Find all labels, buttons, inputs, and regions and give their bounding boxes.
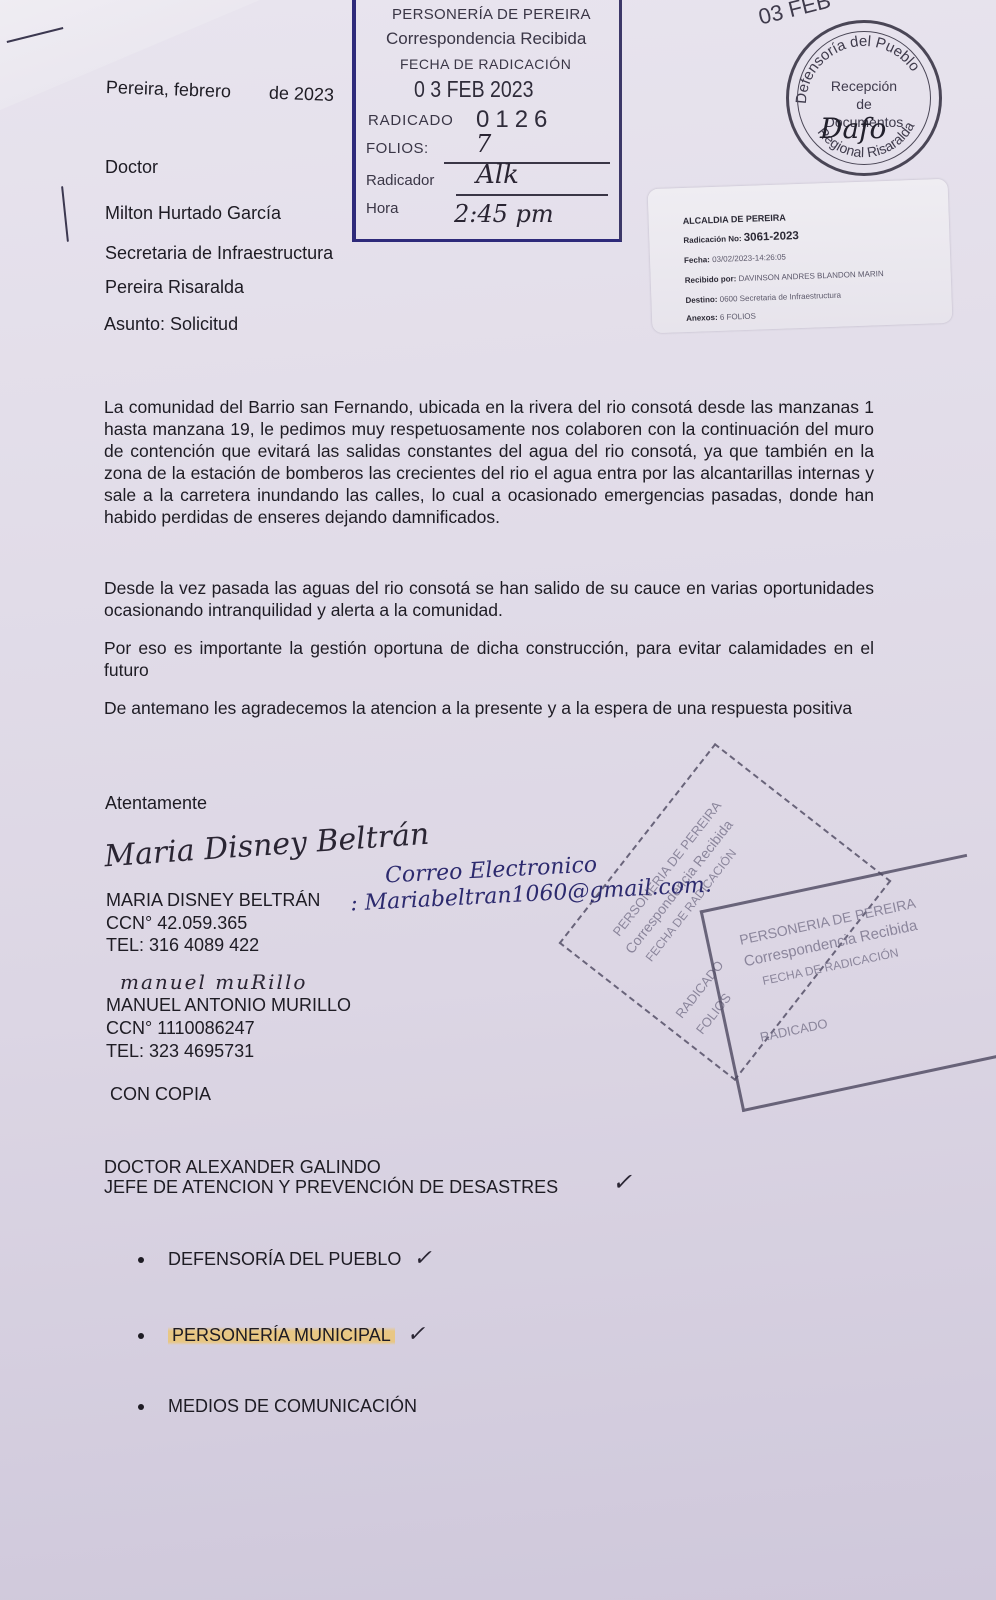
alcaldia-recibido: Recibido por: DAVINSON ANDRES BLANDON MA… xyxy=(685,269,884,285)
year: de 2023 xyxy=(269,83,335,105)
alcaldia-fecha: Fecha: 03/02/2023-14:26:05 xyxy=(684,252,786,265)
anexos-label: Anexos: xyxy=(686,313,718,323)
signer-phone: TEL: 323 4695731 xyxy=(106,1040,254,1062)
body-paragraph: Por eso es importante la gestión oportun… xyxy=(104,637,874,681)
svg-text:Defensoría del Pueblo: Defensoría del Pueblo xyxy=(793,33,923,104)
cc-doctor-name: DOCTOR ALEXANDER GALINDO xyxy=(104,1156,381,1178)
recibido-label: Recibido por: xyxy=(685,274,737,285)
radicacion-number: 3061-2023 xyxy=(744,230,799,244)
alcaldia-receipt-label: ALCALDIA DE PEREIRA Radicación No: 3061-… xyxy=(648,179,953,333)
stamp-radicado-label: RADICADO xyxy=(368,112,454,129)
center-line: de xyxy=(789,95,939,113)
recipient-name: Milton Hurtado García xyxy=(105,202,281,224)
signer-phone: TEL: 316 4089 422 xyxy=(106,934,259,956)
signer-name: MANUEL ANTONIO MURILLO xyxy=(106,994,351,1016)
check-mark-icon: ✓ xyxy=(612,1168,632,1196)
bullet-icon xyxy=(138,1257,144,1263)
anexos-value: 6 FOLIOS xyxy=(720,312,756,322)
cc-list-item: DEFENSORÍA DEL PUEBLO✓ xyxy=(138,1246,432,1271)
cc-label: CON COPIA xyxy=(110,1083,211,1105)
alcaldia-title: ALCALDIA DE PEREIRA xyxy=(683,212,786,226)
radicador-underline xyxy=(456,194,608,196)
body-paragraph: Desde la vez pasada las aguas del rio co… xyxy=(104,577,874,621)
cc-item-label: PERSONERÍA MUNICIPAL xyxy=(168,1325,395,1345)
stamp-date: 0 3 FEB 2023 xyxy=(414,76,534,103)
stamp-radicador-label: Radicador xyxy=(366,172,434,189)
stamp-title: PERSONERÍA DE PEREIRA xyxy=(392,6,591,23)
stamp-hora-label: Hora xyxy=(366,200,399,217)
destino-value: 0600 Secretaria de Infraestructura xyxy=(720,291,842,304)
closing: Atentamente xyxy=(105,792,207,814)
cc-list-item: MEDIOS DE COMUNICACIÓN xyxy=(138,1396,417,1417)
stamp-radicador-value: Alk xyxy=(476,160,519,190)
cc-item-label: DEFENSORÍA DEL PUEBLO xyxy=(168,1249,401,1269)
pen-mark-left-margin xyxy=(61,186,69,242)
check-mark-icon: ✓ xyxy=(413,1246,431,1271)
stamp-ring-text: Defensoría del Pueblo Regional Risaralda xyxy=(786,20,942,176)
bullet-icon xyxy=(138,1333,144,1339)
folios-underline xyxy=(444,162,610,164)
recipient-office: Secretaria de Infraestructura xyxy=(105,242,333,264)
recipient-title: Doctor xyxy=(105,156,158,178)
alcaldia-destino: Destino: 0600 Secretaria de Infraestruct… xyxy=(685,291,841,305)
stamp-hora-value: 2:45 pm xyxy=(454,200,554,228)
stamp-folios-value: 7 xyxy=(476,130,491,158)
fecha-label: Fecha: xyxy=(684,255,710,265)
body-paragraph: De antemano les agradecemos la atencion … xyxy=(104,697,874,719)
recibido-value: DAVINSON ANDRES BLANDON MARIN xyxy=(738,269,883,283)
cc-doctor-role: JEFE DE ATENCION Y PREVENCIÓN DE DESASTR… xyxy=(104,1176,558,1198)
defensoria-circle-stamp: Defensoría del Pueblo Regional Risaralda… xyxy=(786,20,942,176)
cc-item-label: MEDIOS DE COMUNICACIÓN xyxy=(168,1396,417,1416)
radicacion-label: Radicación No: xyxy=(683,234,742,245)
alcaldia-anexos: Anexos: 6 FOLIOS xyxy=(686,312,756,323)
signature-manuel: manuel muRillo xyxy=(120,970,307,994)
ring-top-text: Defensoría del Pueblo xyxy=(793,33,923,104)
cc-list-item: PERSONERÍA MUNICIPAL✓ xyxy=(138,1322,425,1347)
defensoria-signature: Dafo xyxy=(820,112,886,145)
recipient-city: Pereira Risaralda xyxy=(105,276,244,298)
signature-maria: Maria Disney Beltrán xyxy=(103,817,430,875)
body-paragraph: La comunidad del Barrio san Fernando, ub… xyxy=(104,396,874,528)
stamp-subtitle: Correspondencia Recibida xyxy=(386,29,586,49)
personeria-received-stamp: PERSONERÍA DE PEREIRA Correspondencia Re… xyxy=(352,0,622,242)
stamp-folios-label: FOLIOS: xyxy=(366,140,429,157)
alcaldia-radicacion: Radicación No: 3061-2023 xyxy=(683,230,799,246)
stamp-date-label: FECHA DE RADICACIÓN xyxy=(400,56,571,72)
destino-label: Destino: xyxy=(685,295,717,305)
signer-id: CCN° 1110086247 xyxy=(106,1017,255,1039)
subject-line: Asunto: Solicitud xyxy=(104,313,238,335)
center-line: Recepción xyxy=(789,77,939,95)
signer-id: CCN° 42.059.365 xyxy=(106,912,247,934)
city-month: Pereira, febrero xyxy=(106,77,232,101)
check-mark-icon: ✓ xyxy=(407,1322,425,1347)
fecha-value: 03/02/2023-14:26:05 xyxy=(712,252,786,264)
faded-stamp-radicado: RADICADO xyxy=(759,1016,829,1045)
city-date: Pereira, febrerode 2023 xyxy=(106,76,335,106)
signer-name: MARIA DISNEY BELTRÁN xyxy=(106,889,320,911)
bullet-icon xyxy=(138,1404,144,1410)
